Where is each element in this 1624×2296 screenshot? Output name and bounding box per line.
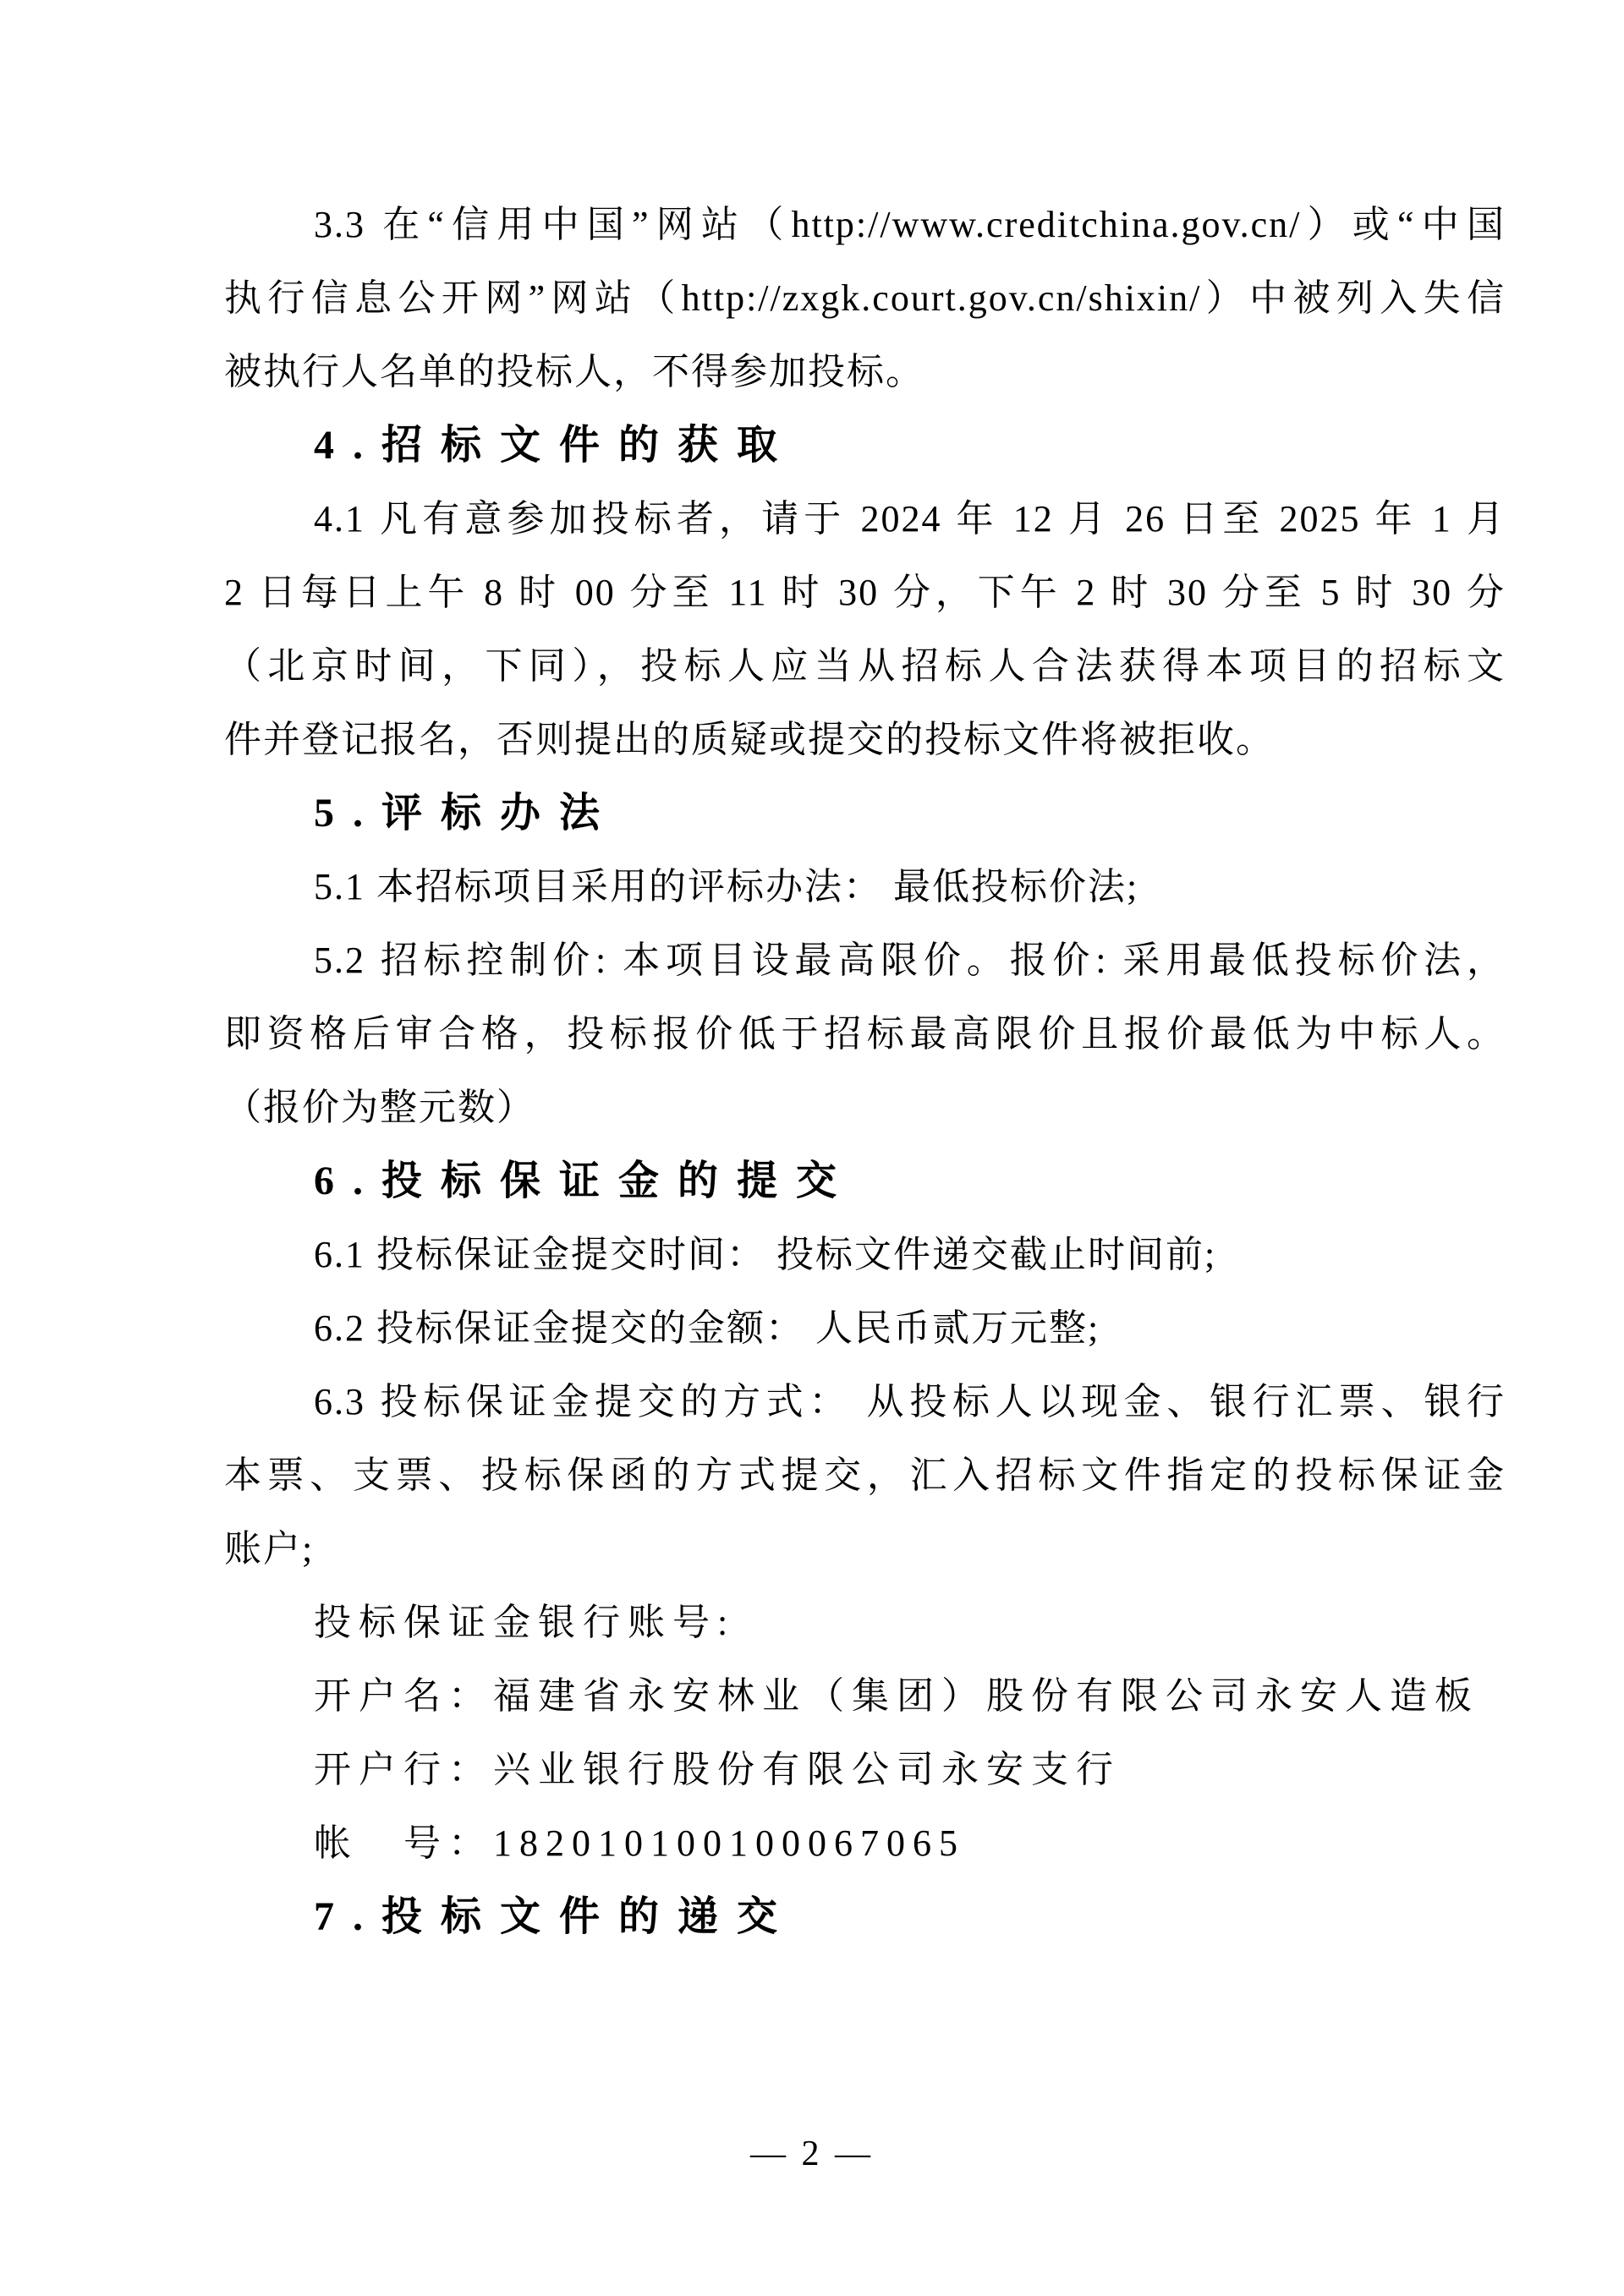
text-line: （报价为整元数） [224, 1071, 1506, 1144]
text-line: 2 日每日上午 8 时 00 分至 11 时 30 分，下午 2 时 30 分至… [224, 556, 1506, 629]
text-line: 账户; [224, 1512, 1506, 1586]
section-heading: 4.招标文件的获取 [224, 408, 1506, 482]
text-line: 被执行人名单的投标人，不得参加投标。 [224, 335, 1506, 408]
text-line: 执行信息公开网”网站（http://zxgk.court.gov.cn/shix… [224, 261, 1506, 335]
text-line: 6.1 投标保证金提交时间： 投标文件递交截止时间前; [224, 1218, 1506, 1291]
text-line: 本票、支票、投标保函的方式提交，汇入招标文件指定的投标保证金 [224, 1438, 1506, 1512]
text-line: （北京时间，下同），投标人应当从招标人合法获得本项目的招标文 [224, 629, 1506, 703]
text-line: 6.2 投标保证金提交的金额： 人民币贰万元整; [224, 1291, 1506, 1365]
document-body: 3.3 在“信用中国”网站（http://www.creditchina.gov… [224, 188, 1506, 1954]
section-heading: 6.投标保证金的提交 [224, 1144, 1506, 1218]
text-line: 开户名：福建省永安林业（集团）股份有限公司永安人造板厂 [224, 1659, 1506, 1733]
text-line: 5.2 招标控制价: 本项目设最高限价。报价: 采用最低投标价法， [224, 923, 1506, 997]
text-line: 6.3 投标保证金提交的方式： 从投标人以现金、银行汇票、银行 [224, 1365, 1506, 1438]
text-line: 开户行：兴业银行股份有限公司永安支行 [224, 1733, 1506, 1806]
text-line: 3.3 在“信用中国”网站（http://www.creditchina.gov… [224, 188, 1506, 261]
text-line: 5.1 本招标项目采用的评标办法： 最低投标价法; [224, 850, 1506, 923]
text-line: 即资格后审合格，投标报价低于招标最高限价且报价最低为中标人。 [224, 997, 1506, 1071]
text-line: 件并登记报名，否则提出的质疑或提交的投标文件将被拒收。 [224, 703, 1506, 776]
document-page: 3.3 在“信用中国”网站（http://www.creditchina.gov… [0, 0, 1624, 2296]
section-heading: 5.评标办法 [224, 776, 1506, 850]
text-line: 投标保证金银行账号: [224, 1586, 1506, 1659]
text-line: 帐 号：182010100100067065 [224, 1806, 1506, 1880]
page-number: — 2 — [0, 2124, 1624, 2184]
section-heading: 7.投标文件的递交 [224, 1880, 1506, 1954]
text-line: 4.1 凡有意参加投标者，请于 2024 年 12 月 26 日至 2025 年… [224, 482, 1506, 556]
page-number-label: — 2 — [750, 2134, 874, 2173]
